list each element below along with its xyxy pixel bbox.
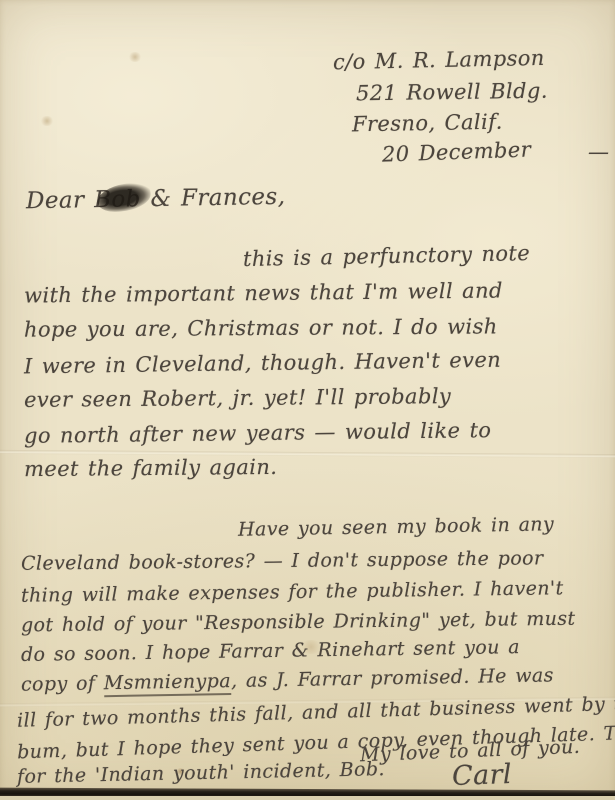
date-line: 20 December	[382, 137, 532, 166]
margin-dash: —	[588, 140, 609, 164]
return-address-line: Fresno, Calif.	[352, 110, 503, 137]
letter-line: got hold of your "Responsible Drinking" …	[21, 608, 576, 637]
letter-line: for the 'Indian youth' incident, Bob.	[17, 758, 385, 788]
book-line-pre: copy of	[21, 672, 104, 695]
letter-line: I were in Cleveland, though. Haven't eve…	[24, 348, 501, 379]
signature: Carl	[451, 759, 512, 792]
return-address-line: 521 Rowell Bldg.	[356, 79, 548, 106]
letter-line: Cleveland book-stores? — I don't suppose…	[21, 547, 544, 574]
letter-line: meet the family again.	[24, 455, 278, 481]
letter-line: go north after new years — would like to	[24, 418, 492, 448]
letter-line-book-title: copy of Msmnienypa, as J. Farrar promise…	[21, 664, 554, 695]
paper-stain	[40, 116, 54, 126]
letter-line: hope you are, Christmas or not. I do wis…	[24, 314, 498, 341]
letter-line: thing will make expenses for the publish…	[21, 577, 564, 607]
book-line-post: , as J. Farrar promised. He was	[231, 664, 554, 692]
backing-sheet-edge	[0, 796, 615, 800]
letter-line: ever seen Robert, jr. yet! I'll probably	[24, 384, 451, 412]
letter-line: do so soon. I hope Farrar & Rinehart sen…	[21, 636, 520, 666]
salutation: Dear Bob & Frances,	[26, 184, 286, 215]
book-title-underlined: Msmnienypa	[104, 670, 232, 697]
return-address-line: c/o M. R. Lampson	[333, 46, 545, 74]
letter-line: Have you seen my book in any	[238, 513, 554, 541]
letter-line: this is a perfunctory note	[243, 241, 531, 271]
paper-stain	[128, 52, 142, 62]
letter-page: c/o M. R. Lampson 521 Rowell Bldg. Fresn…	[0, 0, 615, 800]
letter-line: with the important news that I'm well an…	[24, 278, 503, 307]
